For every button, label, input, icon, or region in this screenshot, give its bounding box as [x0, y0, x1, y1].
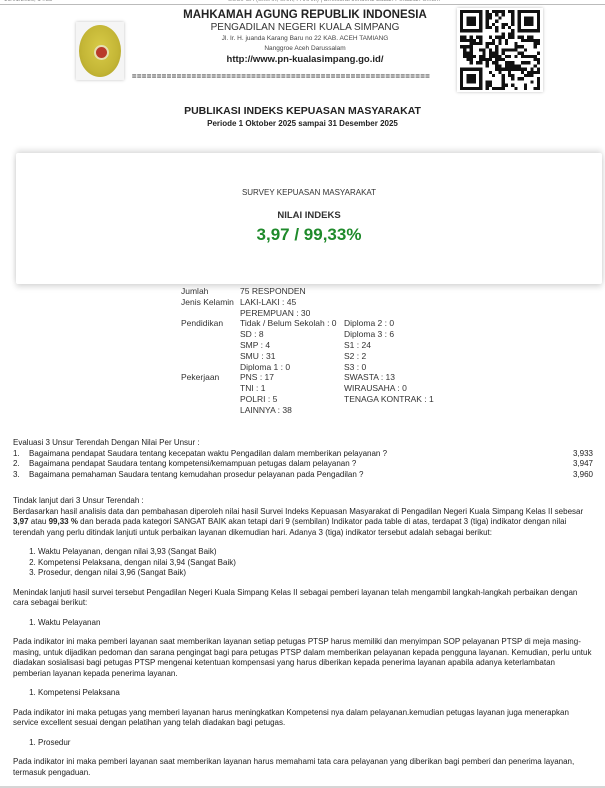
job-label: Pekerjaan: [181, 372, 240, 383]
index-card-value: 3,97 / 99,33%: [16, 225, 602, 245]
action-intro: Menindak lanjuti hasil survei tersebut P…: [13, 588, 593, 609]
action-title-list: Kompetensi Pelaksana: [13, 688, 593, 699]
education-item: Diploma 1 : 0: [240, 362, 344, 373]
evaluation-heading: Evaluasi 3 Unsur Terendah Dengan Nilai P…: [13, 438, 593, 449]
qr-code-icon: [457, 8, 543, 92]
evaluation-row: 2. Bagaimana pendapat Saudara tentang ko…: [13, 459, 593, 470]
indicator-item: Kompetensi Pelaksana, dengan nilai 3,94 …: [38, 558, 593, 569]
job-item: WIRAUSAHA : 0: [344, 383, 434, 394]
follow-up-section: Tindak lanjut dari 3 Unsur Terendah : Be…: [13, 496, 593, 778]
jumlah-value: 75 RESPONDEN: [240, 286, 434, 297]
indicator-item: Waktu Pelayanan, dengan nilai 3,93 (Sang…: [38, 547, 593, 558]
job-item: TNI : 1: [240, 383, 344, 394]
follow-up-intro: Berdasarkan hasil analisis data dan pemb…: [13, 507, 593, 539]
index-percent-text: 99,33 %: [49, 517, 78, 526]
index-card-subtitle: SURVEY KEPUASAN MASYARAKAT: [16, 188, 602, 197]
action-title: Prosedur: [38, 738, 593, 749]
publication-header: PUBLIKASI INDEKS KEPUASAN MASYARAKAT Per…: [0, 104, 605, 130]
evaluation-question: Bagaimana pemahaman Saudara tentang kemu…: [29, 470, 563, 481]
evaluation-row: 1. Bagaimana pendapat Saudara tentang ke…: [13, 449, 593, 460]
job-item: PNS : 17: [240, 372, 344, 383]
job-item: SWASTA : 13: [344, 372, 434, 383]
letterhead-divider: ========================================…: [116, 72, 446, 81]
court-website: http://www.pn-kualasimpang.go.id/: [170, 53, 440, 66]
evaluation-number: 3.: [13, 470, 29, 481]
education-item: SMP : 4: [240, 340, 344, 351]
education-item: Diploma 3 : 6: [344, 329, 434, 340]
action-text: Pada indikator ini maka pemberi layanan …: [13, 757, 593, 778]
evaluation-question: Bagaimana pendapat Saudara tentang kompe…: [29, 459, 563, 470]
index-value-text: 3,97: [13, 517, 29, 526]
letterhead-text: MAHKAMAH AGUNG REPUBLIK INDONESIA PENGAD…: [170, 8, 440, 66]
evaluation-score: 3,947: [563, 459, 593, 470]
education-label: Pendidikan: [181, 318, 240, 329]
job-item: TENAGA KONTRAK : 1: [344, 394, 434, 405]
education-item: SD : 8: [240, 329, 344, 340]
letterhead: MAHKAMAH AGUNG REPUBLIK INDONESIA PENGAD…: [0, 0, 605, 95]
education-item: S3 : 0: [344, 362, 434, 373]
index-card: SURVEY KEPUASAN MASYARAKAT NILAI INDEKS …: [16, 153, 602, 284]
education-item: S2 : 2: [344, 351, 434, 362]
court-region: Nanggroe Aceh Darussalam: [170, 44, 440, 53]
index-card-label: NILAI INDEKS: [16, 210, 602, 221]
evaluation-question: Bagaimana pendapat Saudara tentang kecep…: [29, 449, 563, 460]
respondent-summary: Jumlah 75 RESPONDEN Jenis Kelamin LAKI-L…: [181, 286, 434, 416]
education-item: SMU : 31: [240, 351, 344, 362]
evaluation-row: 3. Bagaimana pemahaman Saudara tentang k…: [13, 470, 593, 481]
job-item: LAINNYA : 38: [240, 405, 344, 416]
publication-title: PUBLIKASI INDEKS KEPUASAN MASYARAKAT: [0, 104, 605, 118]
gender-label: Jenis Kelamin: [181, 297, 240, 308]
evaluation-score: 3,933: [563, 449, 593, 460]
action-title-list: Prosedur: [13, 738, 593, 749]
court-name: PENGADILAN NEGERI KUALA SIMPANG: [170, 22, 440, 34]
gender-female: PEREMPUAN : 30: [240, 308, 434, 319]
action-title-list: Waktu Pelayanan: [13, 618, 593, 629]
evaluation-number: 2.: [13, 459, 29, 470]
evaluation-score: 3,960: [563, 470, 593, 481]
action-text: Pada indikator ini maka pemberi layanan …: [13, 637, 593, 679]
indicator-item: Prosedur, dengan nilai 3,96 (Sangat Baik…: [38, 568, 593, 579]
action-text: Pada indikator ini maka petugas yang mem…: [13, 708, 593, 729]
follow-up-heading: Tindak lanjut dari 3 Unsur Terendah :: [13, 496, 593, 507]
education-item: S1 : 24: [344, 340, 434, 351]
job-item: POLRI : 5: [240, 394, 344, 405]
indicator-list: Waktu Pelayanan, dengan nilai 3,93 (Sang…: [13, 547, 593, 579]
court-address: Jl. Ir. H. juanda Karang Baru no 22 KAB.…: [170, 34, 440, 44]
education-item: Diploma 2 : 0: [344, 318, 434, 329]
evaluation-number: 1.: [13, 449, 29, 460]
publication-period: Periode 1 Oktober 2025 sampai 31 Desembe…: [0, 118, 605, 130]
jumlah-label: Jumlah: [181, 286, 240, 297]
gender-male: LAKI-LAKI : 45: [240, 297, 434, 308]
action-title: Waktu Pelayanan: [38, 618, 593, 629]
evaluation-section: Evaluasi 3 Unsur Terendah Dengan Nilai P…: [13, 438, 593, 480]
institution-name: MAHKAMAH AGUNG REPUBLIK INDONESIA: [170, 8, 440, 22]
education-item: Tidak / Belum Sekolah : 0: [240, 318, 344, 329]
action-title: Kompetensi Pelaksana: [38, 688, 593, 699]
